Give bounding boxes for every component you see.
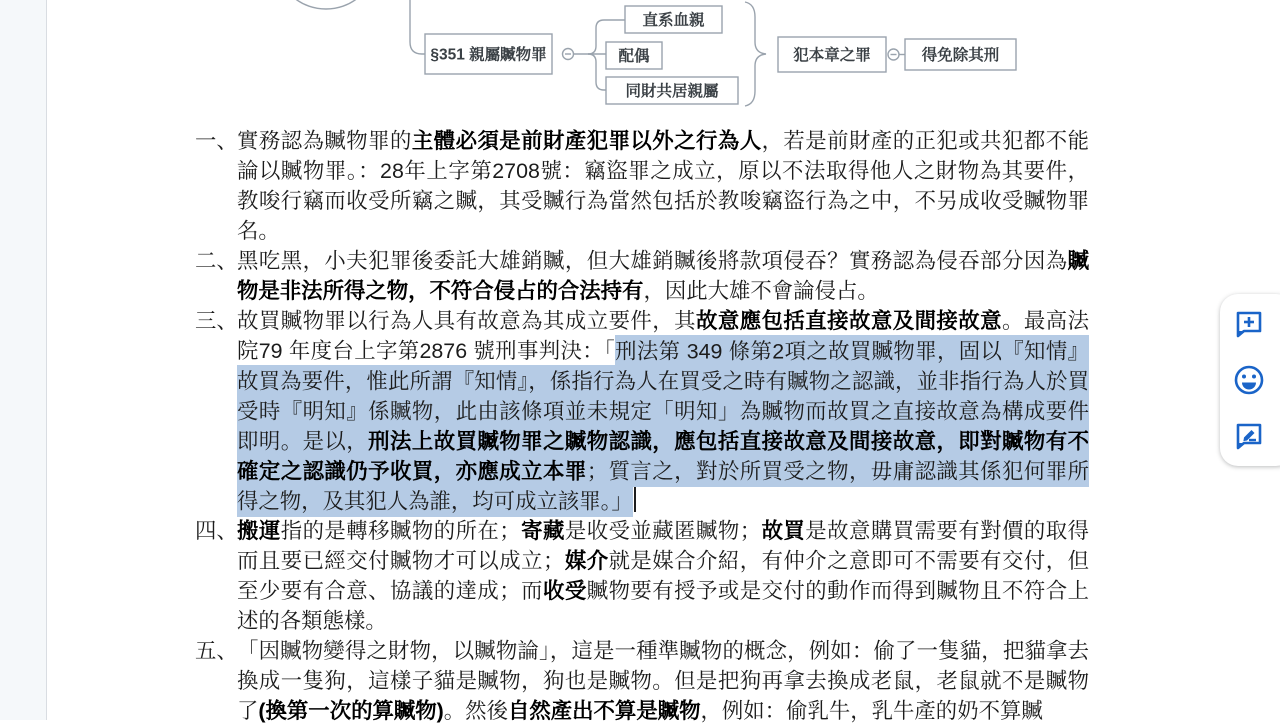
paragraph-text[interactable]: 「因贓物變得之財物，以贓物論」，這是一種準贓物的概念，例如：偷了一隻貓，把貓拿去…: [237, 636, 1089, 720]
node-child-2-label: 配偶: [618, 46, 650, 65]
connector-root: [410, 0, 425, 54]
text-run: (換第一次的算贓物): [258, 699, 443, 720]
suggest-edit-button[interactable]: [1229, 416, 1269, 456]
suggest-edit-icon: [1231, 418, 1267, 454]
list-item[interactable]: 一、實務認為贓物罪的主體必須是前財產犯罪以外之行為人，若是前財產的正犯或共犯都不…: [195, 126, 1097, 246]
list-item[interactable]: 四、搬運指的是轉移贓物的所在；寄藏是收受並藏匿贓物；故買是故意購買需要有對價的取…: [195, 516, 1097, 636]
text-run: ，例如：偷乳牛，乳牛產的奶不算贓: [701, 699, 1043, 720]
curly-brace: [745, 2, 766, 106]
topic-ellipse-partial: [280, 0, 372, 9]
text-run: 。然後: [444, 699, 508, 720]
flowchart-diagram: §351 親屬贓物罪 直系血親 配偶 同財共居親屬 犯本章之罪 得免除其刑: [48, 0, 1280, 118]
list-item-number: 三、: [195, 306, 237, 336]
node-effect-label: 得免除其刑: [922, 45, 1000, 64]
side-toolbar: [1220, 294, 1280, 466]
node-result-label: 犯本章之罪: [793, 45, 871, 64]
node-child-3-label: 同財共居親屬: [625, 81, 719, 100]
text-run: 搬運: [237, 519, 281, 543]
list-item[interactable]: 三、故買贓物罪以行為人具有故意為其成立要件，其故意應包括直接故意及間接故意。最高…: [195, 306, 1097, 516]
list-item-number: 四、: [195, 516, 237, 546]
text-run: ，因此大雄不會論侵占。: [643, 279, 878, 303]
text-run: 收受: [543, 579, 587, 603]
add-comment-icon: [1231, 306, 1267, 342]
page-left-gutter: [0, 0, 47, 720]
list-item-number: 一、: [195, 126, 237, 156]
paragraph-text[interactable]: 黑吃黑，小夫犯罪後委託大雄銷贓，但大雄銷贓後將款項侵吞？實務認為侵吞部分因為贓物…: [237, 246, 1089, 306]
text-run: 指的是轉移贓物的所在；: [281, 519, 521, 543]
text-run: 故買贓物罪以行為人具有故意為其成立要件，其: [237, 309, 696, 333]
paragraph-text[interactable]: 實務認為贓物罪的主體必須是前財產犯罪以外之行為人，若是前財產的正犯或共犯都不能論…: [237, 126, 1089, 246]
list-item-number: 二、: [195, 246, 237, 276]
list-item[interactable]: 五、「因贓物變得之財物，以贓物論」，這是一種準贓物的概念，例如：偷了一隻貓，把貓…: [195, 636, 1097, 720]
text-run: 寄藏: [521, 519, 565, 543]
text-run: 實務認為贓物罪的: [237, 129, 412, 153]
text-run: 故買: [761, 519, 805, 543]
node-child-1-label: 直系血親: [642, 10, 705, 29]
node-root-label: §351 親屬贓物罪: [430, 45, 546, 64]
text-run: 主體必須是前財產犯罪以外之行為人: [412, 129, 762, 153]
emoji-reaction-button[interactable]: [1229, 360, 1269, 400]
list-item[interactable]: 二、黑吃黑，小夫犯罪後委託大雄銷贓，但大雄銷贓後將款項侵吞？實務認為侵吞部分因為…: [195, 246, 1097, 306]
connector-child3: [588, 54, 606, 90]
text-run: 自然產出不算是贓物: [508, 699, 701, 720]
text-run: 黑吃黑，小夫犯罪後委託大雄銷贓，但大雄銷贓後將款項侵吞？實務認為侵吞部分因為: [237, 249, 1068, 273]
list-item-number: 五、: [195, 636, 237, 666]
document-body[interactable]: 一、實務認為贓物罪的主體必須是前財產犯罪以外之行為人，若是前財產的正犯或共犯都不…: [195, 126, 1097, 720]
add-comment-button[interactable]: [1229, 304, 1269, 344]
text-run: 是收受並藏匿贓物；: [565, 519, 761, 543]
text-run: 媒介: [564, 549, 608, 573]
emoji-reaction-icon: [1231, 362, 1267, 398]
paragraph-text[interactable]: 故買贓物罪以行為人具有故意為其成立要件，其故意應包括直接故意及間接故意。最高法院…: [237, 306, 1089, 516]
paragraph-text[interactable]: 搬運指的是轉移贓物的所在；寄藏是收受並藏匿贓物；故買是故意購買需要有對價的取得而…: [237, 516, 1089, 636]
text-run: 故意應包括直接故意及間接故意: [696, 309, 1002, 333]
text-cursor: [634, 487, 637, 512]
